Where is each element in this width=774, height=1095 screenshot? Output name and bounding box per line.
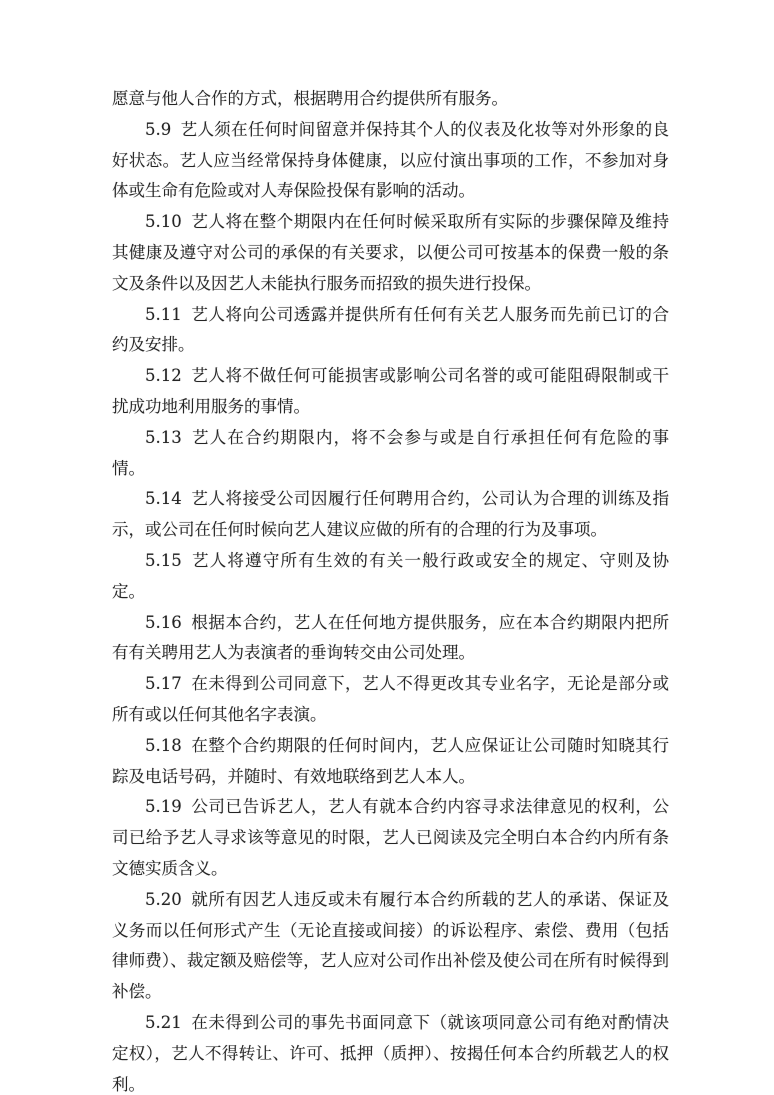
clause-5.18: 5.18在整个合约期限的任何时间内，艺人应保证让公司随时知晓其行踪及电话号码，并… [112, 731, 669, 793]
clause-number: 5.17 [145, 674, 191, 693]
clause-text: 艺人将在整个期限内在任何时候采取所有实际的步骤保障及维持其健康及遵守对公司的承保… [112, 212, 669, 293]
clause-text: 艺人将向公司透露并提供所有任何有关艺人服务而先前已订的合约及安排。 [112, 305, 669, 355]
clause-text: 根据本合约，艺人在任何地方提供服务，应在本合约期限内把所有有关聘用艺人为表演者的… [112, 613, 669, 663]
document-page: 愿意与他人合作的方式，根据聘用合约提供所有服务。 5.9艺人须在任何时间留意并保… [0, 0, 774, 1095]
clause-number: 5.21 [145, 1013, 191, 1032]
clause-number: 5.12 [145, 366, 191, 385]
clause-text: 就所有因艺人违反或未有履行本合约所载的艺人的承诺、保证及义务而以任何形式产生（无… [112, 890, 669, 1001]
clause-5.14: 5.14艺人将接受公司因履行任何聘用合约，公司认为合理的训练及指示，或公司在任何… [112, 484, 669, 546]
clause-5.17: 5.17在未得到公司同意下，艺人不得更改其专业名字，无论是部分或所有或以任何其他… [112, 669, 669, 731]
clause-5.13: 5.13艺人在合约期限内，将不会参与或是自行承担任何有危险的事情。 [112, 423, 669, 485]
clause-number: 5.15 [145, 551, 191, 570]
clause-text: 艺人在合约期限内，将不会参与或是自行承担任何有危险的事情。 [112, 428, 669, 478]
clause-text: 艺人将遵守所有生效的有关一般行政或安全的规定、守则及协定。 [112, 551, 669, 601]
clause-text: 艺人将接受公司因履行任何聘用合约，公司认为合理的训练及指示，或公司在任何时候向艺… [112, 489, 669, 539]
clause-number: 5.10 [145, 212, 191, 231]
clause-number: 5.16 [145, 613, 191, 632]
clause-number: 5.20 [145, 890, 191, 909]
clause-text: 艺人将不做任何可能损害或影响公司名誉的或可能阻碍限制或干扰成功地利用服务的事情。 [112, 366, 669, 416]
clause-5.21: 5.21在未得到公司的事先书面同意下（就该项同意公司有绝对酌情决定权），艺人不得… [112, 1008, 669, 1095]
clause-5.19: 5.19公司已告诉艺人，艺人有就本合约内容寻求法律意见的权利，公司已给予艺人寻求… [112, 792, 669, 884]
clause-text: 在整个合约期限的任何时间内，艺人应保证让公司随时知晓其行踪及电话号码，并随时、有… [112, 736, 669, 786]
clause-5.10: 5.10艺人将在整个期限内在任何时候采取所有实际的步骤保障及维持其健康及遵守对公… [112, 207, 669, 299]
clause-text: 艺人须在任何时间留意并保持其个人的仪表及化妆等对外形象的良好状态。艺人应当经常保… [112, 120, 669, 201]
contract-text-block: 愿意与他人合作的方式，根据聘用合约提供所有服务。 5.9艺人须在任何时间留意并保… [112, 84, 669, 1095]
clause-number: 5.11 [145, 305, 191, 324]
clause-number: 5.13 [145, 428, 191, 447]
clause-number: 5.19 [145, 797, 191, 816]
paragraph-continuation: 愿意与他人合作的方式，根据聘用合约提供所有服务。 [112, 84, 669, 115]
clause-text: 公司已告诉艺人，艺人有就本合约内容寻求法律意见的权利，公司已给予艺人寻求该等意见… [112, 797, 669, 878]
clause-5.9: 5.9艺人须在任何时间留意并保持其个人的仪表及化妆等对外形象的良好状态。艺人应当… [112, 115, 669, 207]
clause-number: 5.9 [145, 120, 180, 139]
clause-text: 在未得到公司同意下，艺人不得更改其专业名字，无论是部分或所有或以任何其他名字表演… [112, 674, 669, 724]
clause-5.15: 5.15艺人将遵守所有生效的有关一般行政或安全的规定、守则及协定。 [112, 546, 669, 608]
clause-5.11: 5.11艺人将向公司透露并提供所有任何有关艺人服务而先前已订的合约及安排。 [112, 300, 669, 362]
clause-5.16: 5.16根据本合约，艺人在任何地方提供服务，应在本合约期限内把所有有关聘用艺人为… [112, 608, 669, 670]
clause-number: 5.14 [145, 489, 191, 508]
clause-text: 在未得到公司的事先书面同意下（就该项同意公司有绝对酌情决定权），艺人不得转让、许… [112, 1013, 669, 1094]
clause-list: 5.9艺人须在任何时间留意并保持其个人的仪表及化妆等对外形象的良好状态。艺人应当… [112, 115, 669, 1095]
clause-5.20: 5.20就所有因艺人违反或未有履行本合约所载的艺人的承诺、保证及义务而以任何形式… [112, 885, 669, 1008]
clause-number: 5.18 [145, 736, 191, 755]
clause-5.12: 5.12艺人将不做任何可能损害或影响公司名誉的或可能阻碍限制或干扰成功地利用服务… [112, 361, 669, 423]
